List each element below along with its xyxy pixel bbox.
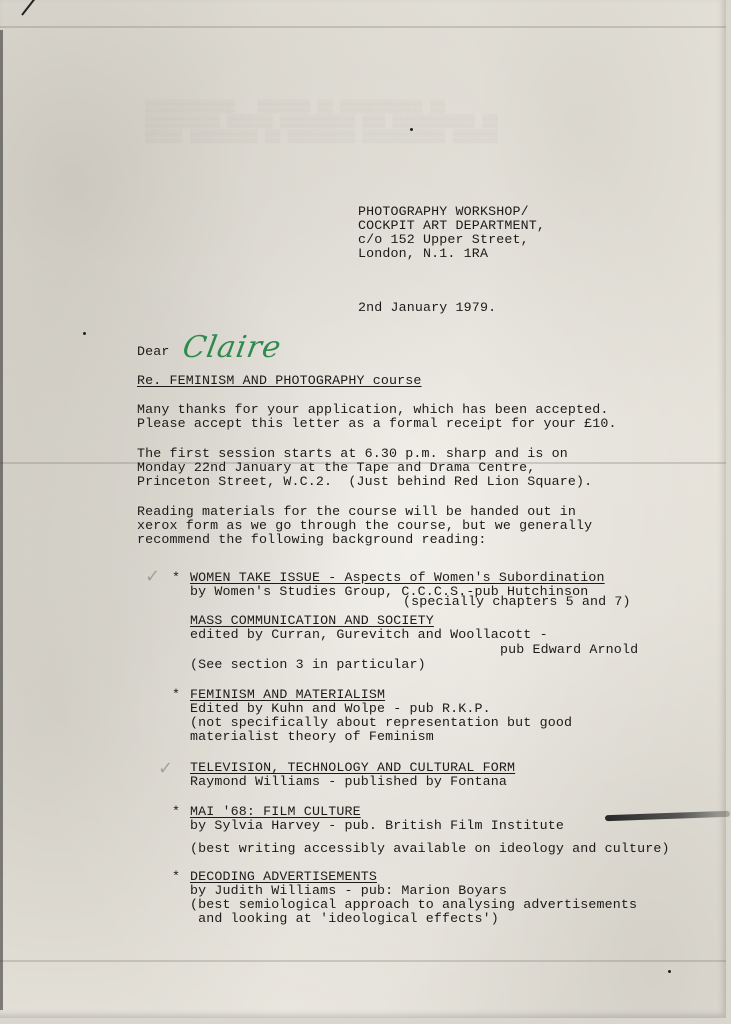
letter-date: 2nd January 1979. [358,301,496,316]
paper-fold [0,960,726,962]
body-line: Please accept this letter as a formal re… [137,417,617,432]
bullet-asterisk: * [172,571,180,586]
bullet-asterisk: * [172,688,180,703]
subject-line: Re. FEMINISM AND PHOTOGRAPHY course [137,374,422,389]
page-edge-shadow [0,30,3,1010]
book-detail: and looking at 'ideological effects') [190,912,499,927]
show-through-text: ▒▒▒▒▒▒▒▒▒▒▒▒ ▒▒▒▒▒▒▒ ▒▒ ▒▒▒▒▒▒▒▒▒▒▒ ▒▒ ▒… [145,100,498,145]
book-detail: materialist theory of Feminism [190,730,434,745]
book-detail: Raymond Williams - published by Fontana [190,775,507,790]
body-line: recommend the following background readi… [137,533,487,548]
book-detail: edited by Curran, Gurevitch and Woollaco… [190,628,548,643]
address-line: London, N.1. 1RA [358,247,488,262]
book-detail: (See section 3 in particular) [190,658,426,673]
ink-smudge [605,811,730,821]
book-detail: by Sylvia Harvey - pub. British Film Ins… [190,819,564,834]
book-detail: (best writing accessibly available on id… [190,842,670,857]
handwritten-checkmark-icon: ✓ [158,758,173,779]
ink-speck [83,332,86,335]
book-detail: pub Edward Arnold [500,643,638,658]
pen-mark [21,0,37,16]
bullet-asterisk: * [172,870,180,885]
salutation: Dear [137,345,170,360]
book-detail: (specially chapters 5 and 7) [403,595,631,610]
bullet-asterisk: * [172,805,180,820]
body-line: Princeton Street, W.C.2. (Just behind Re… [137,475,592,490]
handwritten-recipient-name: Claire [180,330,284,365]
handwritten-checkmark-icon: ✓ [145,566,160,587]
letter-page: ▒▒▒▒▒▒▒▒▒▒▒▒ ▒▒▒▒▒▒▒ ▒▒ ▒▒▒▒▒▒▒▒▒▒▒ ▒▒ ▒… [0,0,726,1018]
ink-speck [668,970,671,973]
paper-fold [0,26,726,28]
